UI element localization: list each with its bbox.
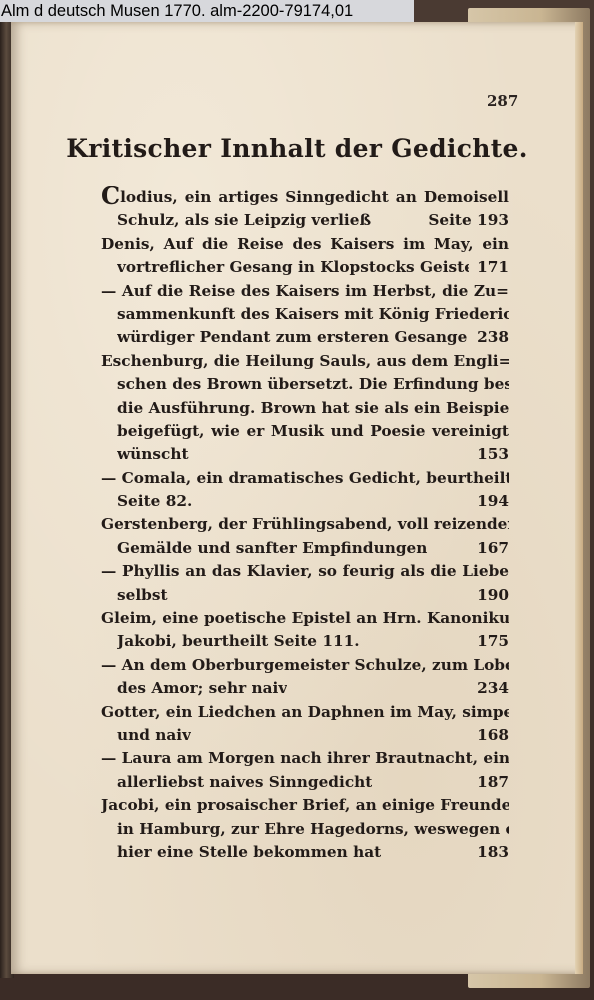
index-entry: Clodius, ein artiges Sinngedicht an Demo… [101,186,509,233]
page-reference: 175 [477,630,509,653]
entry-line: und naiv168 [101,724,509,747]
index-entry: — Comala, ein dramatisches Gedicht, beur… [101,467,509,514]
page-number: 287 [487,92,518,110]
entry-text: vortreflicher Gesang in Klopstocks Geist… [117,256,469,279]
entry-text: — Phyllis an das Klavier, so feurig als … [101,560,509,583]
index-entry: — An dem Oberburgemeister Schulze, zum L… [101,654,509,701]
page-edge [575,22,583,974]
entry-line: — Auf die Reise des Kaisers im Herbst, d… [101,280,509,303]
entry-line: Clodius, ein artiges Sinngedicht an Demo… [101,186,509,209]
entry-text: Gotter, ein Liedchen an Daphnen im May, … [101,701,509,724]
entry-text: und naiv [117,724,191,747]
entry-text: Eschenburg, die Heilung Sauls, aus dem E… [101,350,509,373]
page-reference: 167 [477,537,509,560]
entry-text: Gemälde und sanfter Empfindungen [117,537,427,560]
page-reference: 190 [477,584,509,607]
entry-text: würdiger Pendant zum ersteren Gesange [117,326,467,349]
index-entry: Jacobi, ein prosaischer Brief, an einige… [101,794,509,864]
entry-line: Jacobi, ein prosaischer Brief, an einige… [101,794,509,817]
entry-text: des Amor; sehr naiv [117,677,287,700]
entry-line: allerliebst naives Sinngedicht187 [101,771,509,794]
entry-line: Schulz, als sie Leipzig verließSeite 193 [101,209,509,232]
entry-text: — Laura am Morgen nach ihrer Brautnacht,… [101,747,509,770]
entry-text: die Ausführung. Brown hat sie als ein Be… [117,397,509,420]
page-reference: 168 [477,724,509,747]
page-reference: 234 [477,677,509,700]
entry-text: wünscht [117,443,189,466]
index-entry: Gotter, ein Liedchen an Daphnen im May, … [101,701,509,748]
index-entry: Denis, Auf die Reise des Kaisers im May,… [101,233,509,280]
index-entry: — Auf die Reise des Kaisers im Herbst, d… [101,280,509,350]
entry-text: — An dem Oberburgemeister Schulze, zum L… [101,654,509,677]
page-reference: 183 [477,841,509,864]
entry-line: schen des Brown übersetzt. Die Erfindung… [101,373,509,396]
page-reference: 187 [477,771,509,794]
index-entries: Clodius, ein artiges Sinngedicht an Demo… [101,186,509,864]
scan-frame: Alm d deutsch Musen 1770. alm-2200-79174… [0,0,594,1000]
page-reference: Seite 193 [428,209,509,232]
entry-line: Gotter, ein Liedchen an Daphnen im May, … [101,701,509,724]
entry-line: in Hamburg, zur Ehre Hagedorns, weswegen… [101,818,509,841]
entry-line: — An dem Oberburgemeister Schulze, zum L… [101,654,509,677]
entry-line: beigefügt, wie er Musik und Poesie verei… [101,420,509,443]
entry-text: beigefügt, wie er Musik und Poesie verei… [117,420,509,443]
entry-text: Denis, Auf die Reise des Kaisers im May,… [101,233,509,256]
entry-text: hier eine Stelle bekommen hat [117,841,381,864]
entry-line: würdiger Pendant zum ersteren Gesange238 [101,326,509,349]
page-reference: 171 [477,256,509,279]
entry-text: Seite 82. [117,490,192,513]
page-reference: 194 [477,490,509,513]
entry-text: Gleim, eine poetische Epistel an Hrn. Ka… [101,607,509,630]
entry-text: in Hamburg, zur Ehre Hagedorns, weswegen… [117,818,509,841]
page-reference: 238 [477,326,509,349]
entry-text: sammenkunft des Kaisers mit König Friede… [117,303,509,326]
entry-line: die Ausführung. Brown hat sie als ein Be… [101,397,509,420]
page-reference: 153 [477,443,509,466]
entry-line: vortreflicher Gesang in Klopstocks Geist… [101,256,509,279]
entry-line: sammenkunft des Kaisers mit König Friede… [101,303,509,326]
page-title: Kritischer Innhalt der Gedichte. [11,134,583,163]
entry-line: Gerstenberg, der Frühlingsabend, voll re… [101,513,509,536]
entry-line: selbst190 [101,584,509,607]
entry-line: Seite 82.194 [101,490,509,513]
entry-line: des Amor; sehr naiv234 [101,677,509,700]
entry-text: Jakobi, beurtheilt Seite 111. [117,630,360,653]
entry-line: Denis, Auf die Reise des Kaisers im May,… [101,233,509,256]
entry-line: — Phyllis an das Klavier, so feurig als … [101,560,509,583]
entry-line: — Laura am Morgen nach ihrer Brautnacht,… [101,747,509,770]
entry-text: — Comala, ein dramatisches Gedicht, beur… [101,467,509,490]
entry-text: Schulz, als sie Leipzig verließ [117,209,371,232]
entry-text: Jacobi, ein prosaischer Brief, an einige… [101,794,509,817]
entry-line: — Comala, ein dramatisches Gedicht, beur… [101,467,509,490]
index-entry: Gerstenberg, der Frühlingsabend, voll re… [101,513,509,560]
entry-line: wünscht153 [101,443,509,466]
index-entry: — Laura am Morgen nach ihrer Brautnacht,… [101,747,509,794]
book-page: 287 Kritischer Innhalt der Gedichte. Clo… [11,22,583,974]
entry-text: Clodius, ein artiges Sinngedicht an Demo… [101,186,509,209]
entry-text: Gerstenberg, der Frühlingsabend, voll re… [101,513,509,536]
entry-text: schen des Brown übersetzt. Die Erfindung… [117,373,509,396]
entry-line: Gemälde und sanfter Empfindungen167 [101,537,509,560]
index-entry: — Phyllis an das Klavier, so feurig als … [101,560,509,607]
index-entry: Eschenburg, die Heilung Sauls, aus dem E… [101,350,509,467]
entry-line: Jakobi, beurtheilt Seite 111.175 [101,630,509,653]
entry-line: hier eine Stelle bekommen hat183 [101,841,509,864]
index-entry: Gleim, eine poetische Epistel an Hrn. Ka… [101,607,509,654]
image-caption: Alm d deutsch Musen 1770. alm-2200-79174… [0,0,414,22]
drop-cap: C [101,186,120,209]
entry-text: allerliebst naives Sinngedicht [117,771,372,794]
entry-line: Gleim, eine poetische Epistel an Hrn. Ka… [101,607,509,630]
entry-line: Eschenburg, die Heilung Sauls, aus dem E… [101,350,509,373]
entry-text: — Auf die Reise des Kaisers im Herbst, d… [101,280,509,303]
entry-text: selbst [117,584,168,607]
